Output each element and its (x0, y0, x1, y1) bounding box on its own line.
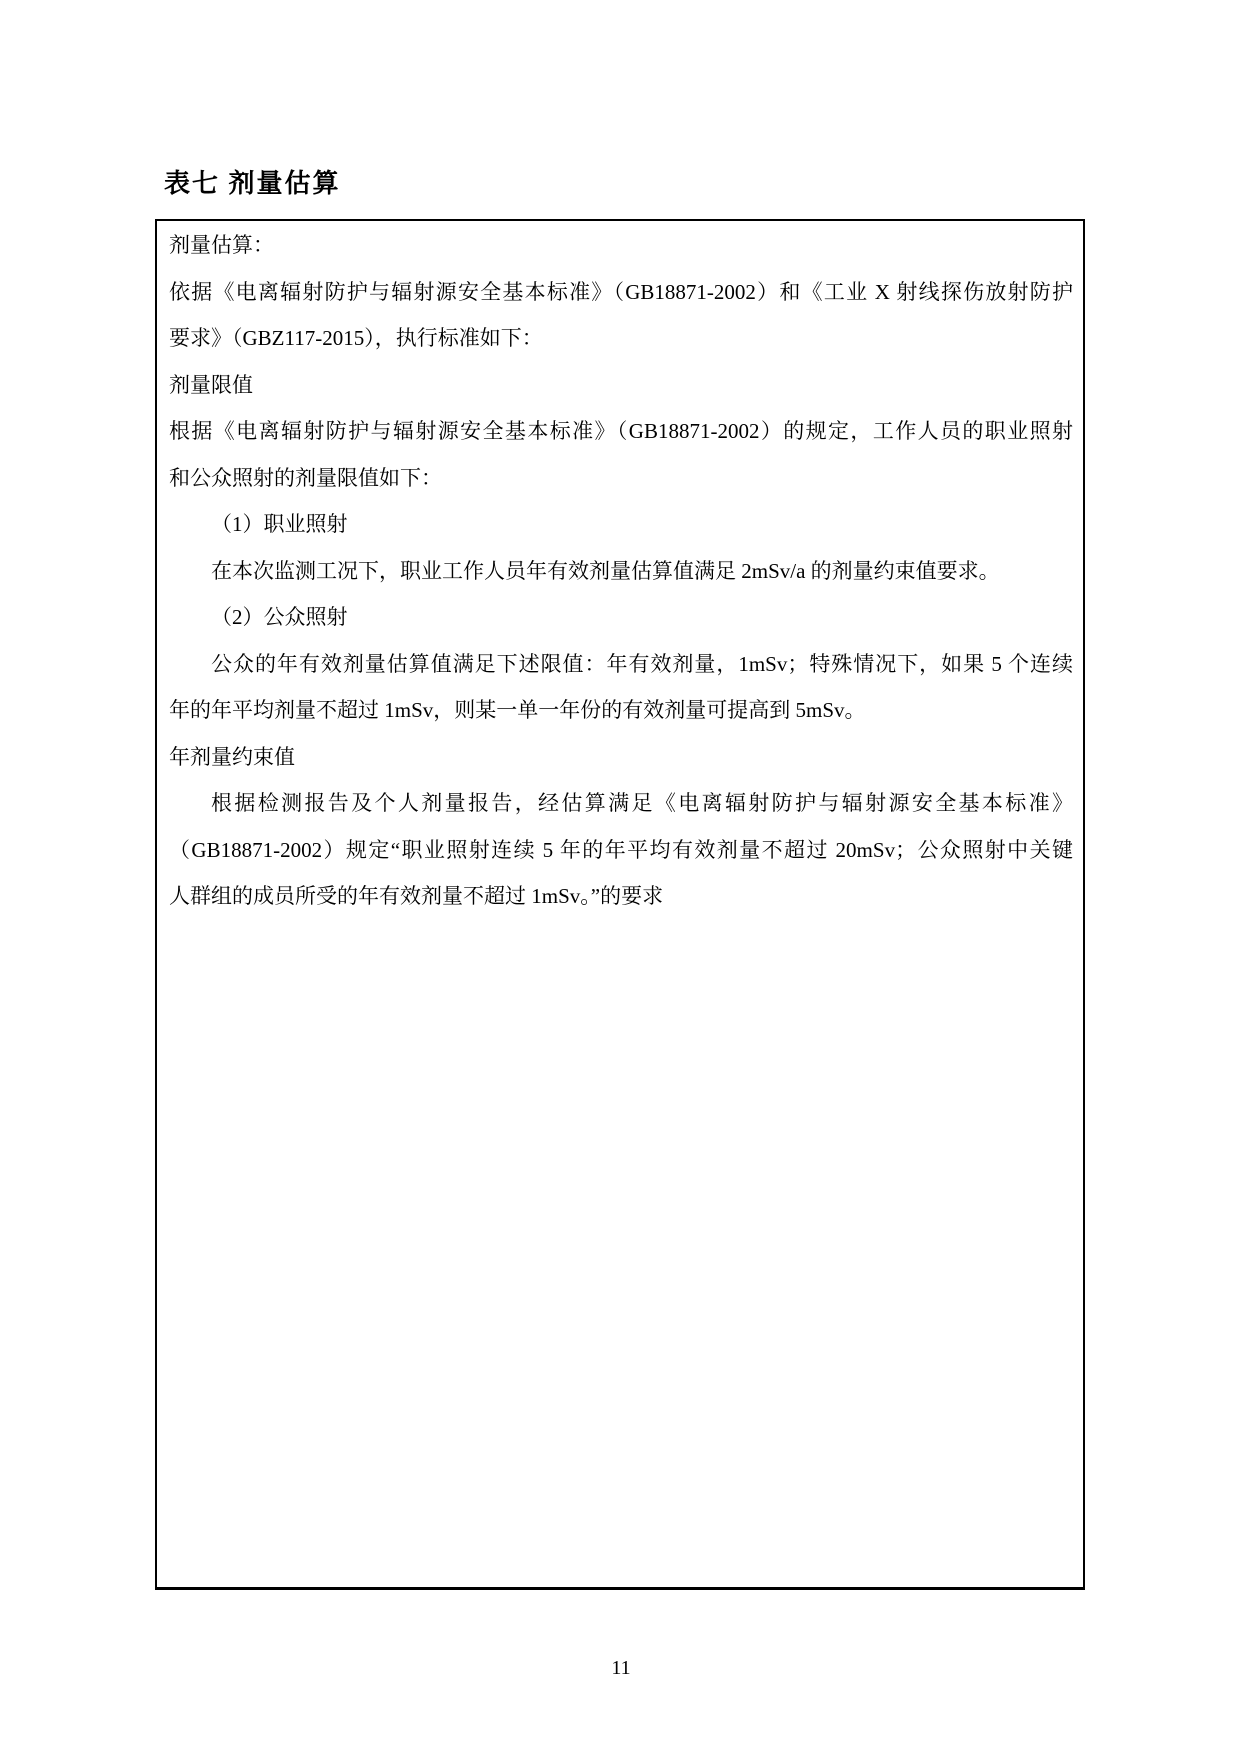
paragraph-line: 根据检测报告及个人剂量报告，经估算满足《电离辐射防护与辐射源安全基本标准》 (169, 780, 1073, 827)
paragraph-line: 人群组的成员所受的年有效剂量不超过 1mSv。”的要求 (169, 873, 1073, 920)
paragraph-line: 剂量限值 (169, 362, 1073, 409)
paragraph-line: 根据《电离辐射防护与辐射源安全基本标准》（GB18871-2002）的规定，工作… (169, 408, 1073, 455)
paragraph: （1）职业照射 (169, 501, 1073, 548)
content-box: 剂量估算：依据《电离辐射防护与辐射源安全基本标准》（GB18871-2002）和… (155, 219, 1085, 1590)
paragraph: 年剂量约束值 (169, 734, 1073, 781)
paragraph-line: 公众的年有效剂量估算值满足下述限值：年有效剂量，1mSv；特殊情况下，如果 5 … (169, 641, 1073, 688)
paragraph: 在本次监测工况下，职业工作人员年有效剂量估算值满足 2mSv/a 的剂量约束值要… (169, 548, 1073, 595)
paragraph-line: 在本次监测工况下，职业工作人员年有效剂量估算值满足 2mSv/a 的剂量约束值要… (169, 548, 1073, 595)
paragraph-line: 年剂量约束值 (169, 734, 1073, 781)
paragraph: （2）公众照射 (169, 594, 1073, 641)
paragraph-line: 和公众照射的剂量限值如下： (169, 455, 1073, 502)
paragraph: 根据检测报告及个人剂量报告，经估算满足《电离辐射防护与辐射源安全基本标准》（GB… (169, 780, 1073, 920)
paragraph-line: 剂量估算： (169, 222, 1073, 269)
paragraph-line: （GB18871-2002）规定“职业照射连续 5 年的年平均有效剂量不超过 2… (169, 827, 1073, 874)
page: { "page": { "title": "表七 剂量估算", "page_nu… (0, 0, 1242, 1755)
paragraph-line: 要求》（GBZ117-2015），执行标准如下： (169, 315, 1073, 362)
paragraph-line: （1）职业照射 (169, 501, 1073, 548)
page-number: 11 (0, 1657, 1242, 1680)
paragraph: 剂量限值 (169, 362, 1073, 409)
paragraph: 公众的年有效剂量估算值满足下述限值：年有效剂量，1mSv；特殊情况下，如果 5 … (169, 641, 1073, 734)
paragraph: 剂量估算： (169, 222, 1073, 269)
paragraph: 根据《电离辐射防护与辐射源安全基本标准》（GB18871-2002）的规定，工作… (169, 408, 1073, 501)
paragraph-line: （2）公众照射 (169, 594, 1073, 641)
table-title: 表七 剂量估算 (164, 163, 341, 200)
paragraph-line: 依据《电离辐射防护与辐射源安全基本标准》（GB18871-2002）和《工业 X… (169, 269, 1073, 316)
paragraph-line: 年的年平均剂量不超过 1mSv，则某一单一年份的有效剂量可提高到 5mSv。 (169, 687, 1073, 734)
paragraph: 依据《电离辐射防护与辐射源安全基本标准》（GB18871-2002）和《工业 X… (169, 269, 1073, 362)
